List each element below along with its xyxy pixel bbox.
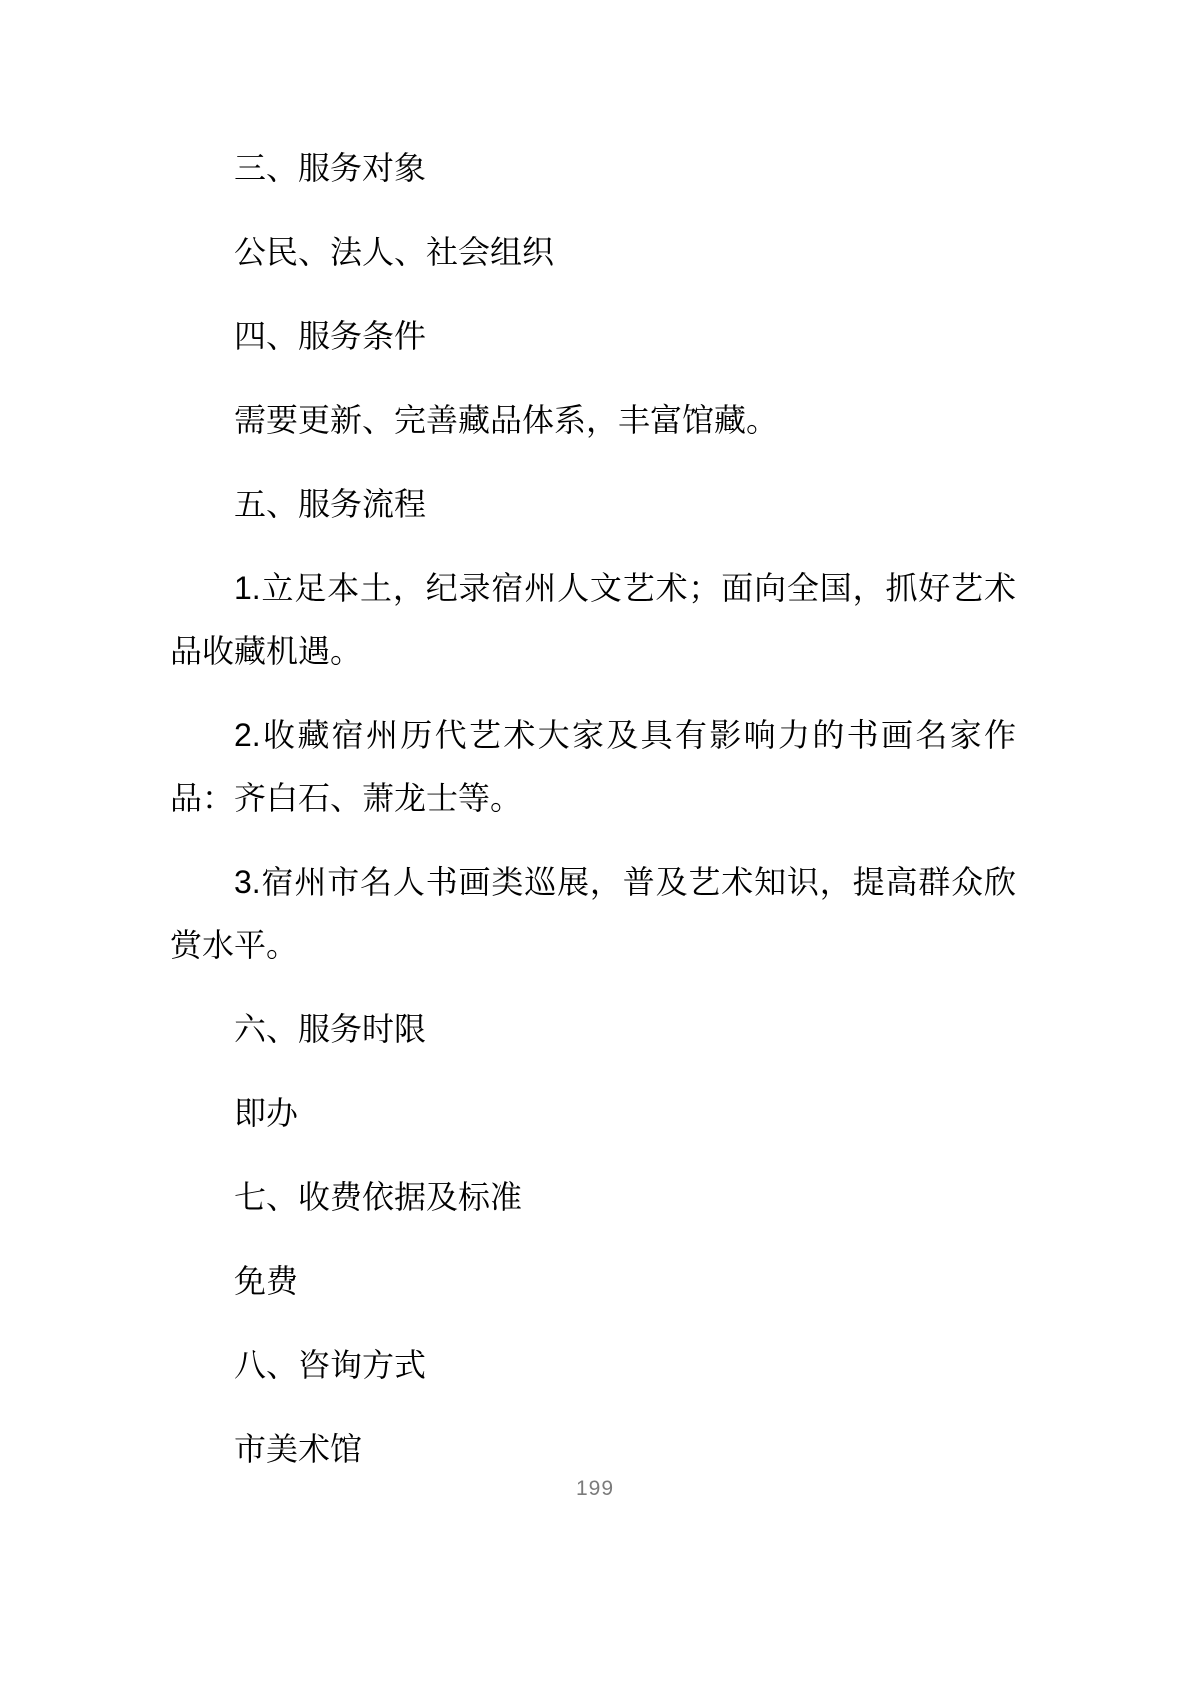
text-service-target: 公民、法人、社会组织 (170, 221, 1016, 284)
text-fee: 免费 (170, 1250, 1016, 1313)
heading-service-time-limit: 六、服务时限 (170, 998, 1016, 1061)
process-step-3: 3.宿州市名人书画类巡展，普及艺术知识，提高群众欣赏水平。 (170, 851, 1016, 977)
heading-consultation-method: 八、咨询方式 (170, 1334, 1016, 1397)
page-number: 199 (576, 1477, 614, 1500)
heading-service-process: 五、服务流程 (170, 473, 1016, 536)
process-step-1: 1.立足本土，纪录宿州人文艺术；面向全国，抓好艺术品收藏机遇。 (170, 557, 1016, 683)
heading-fee-basis: 七、收费依据及标准 (170, 1166, 1016, 1229)
heading-service-condition: 四、服务条件 (170, 305, 1016, 368)
text-consultation-method: 市美术馆 (170, 1418, 1016, 1481)
heading-service-target: 三、服务对象 (170, 137, 1016, 200)
document-page: 三、服务对象 公民、法人、社会组织 四、服务条件 需要更新、完善藏品体系，丰富馆… (0, 0, 1190, 1683)
text-service-condition: 需要更新、完善藏品体系，丰富馆藏。 (170, 389, 1016, 452)
document-content: 三、服务对象 公民、法人、社会组织 四、服务条件 需要更新、完善藏品体系，丰富馆… (170, 137, 1016, 1502)
page-footer: 199 (0, 1477, 1190, 1501)
process-step-2: 2.收藏宿州历代艺术大家及具有影响力的书画名家作品：齐白石、萧龙士等。 (170, 704, 1016, 830)
text-service-time-limit: 即办 (170, 1082, 1016, 1145)
